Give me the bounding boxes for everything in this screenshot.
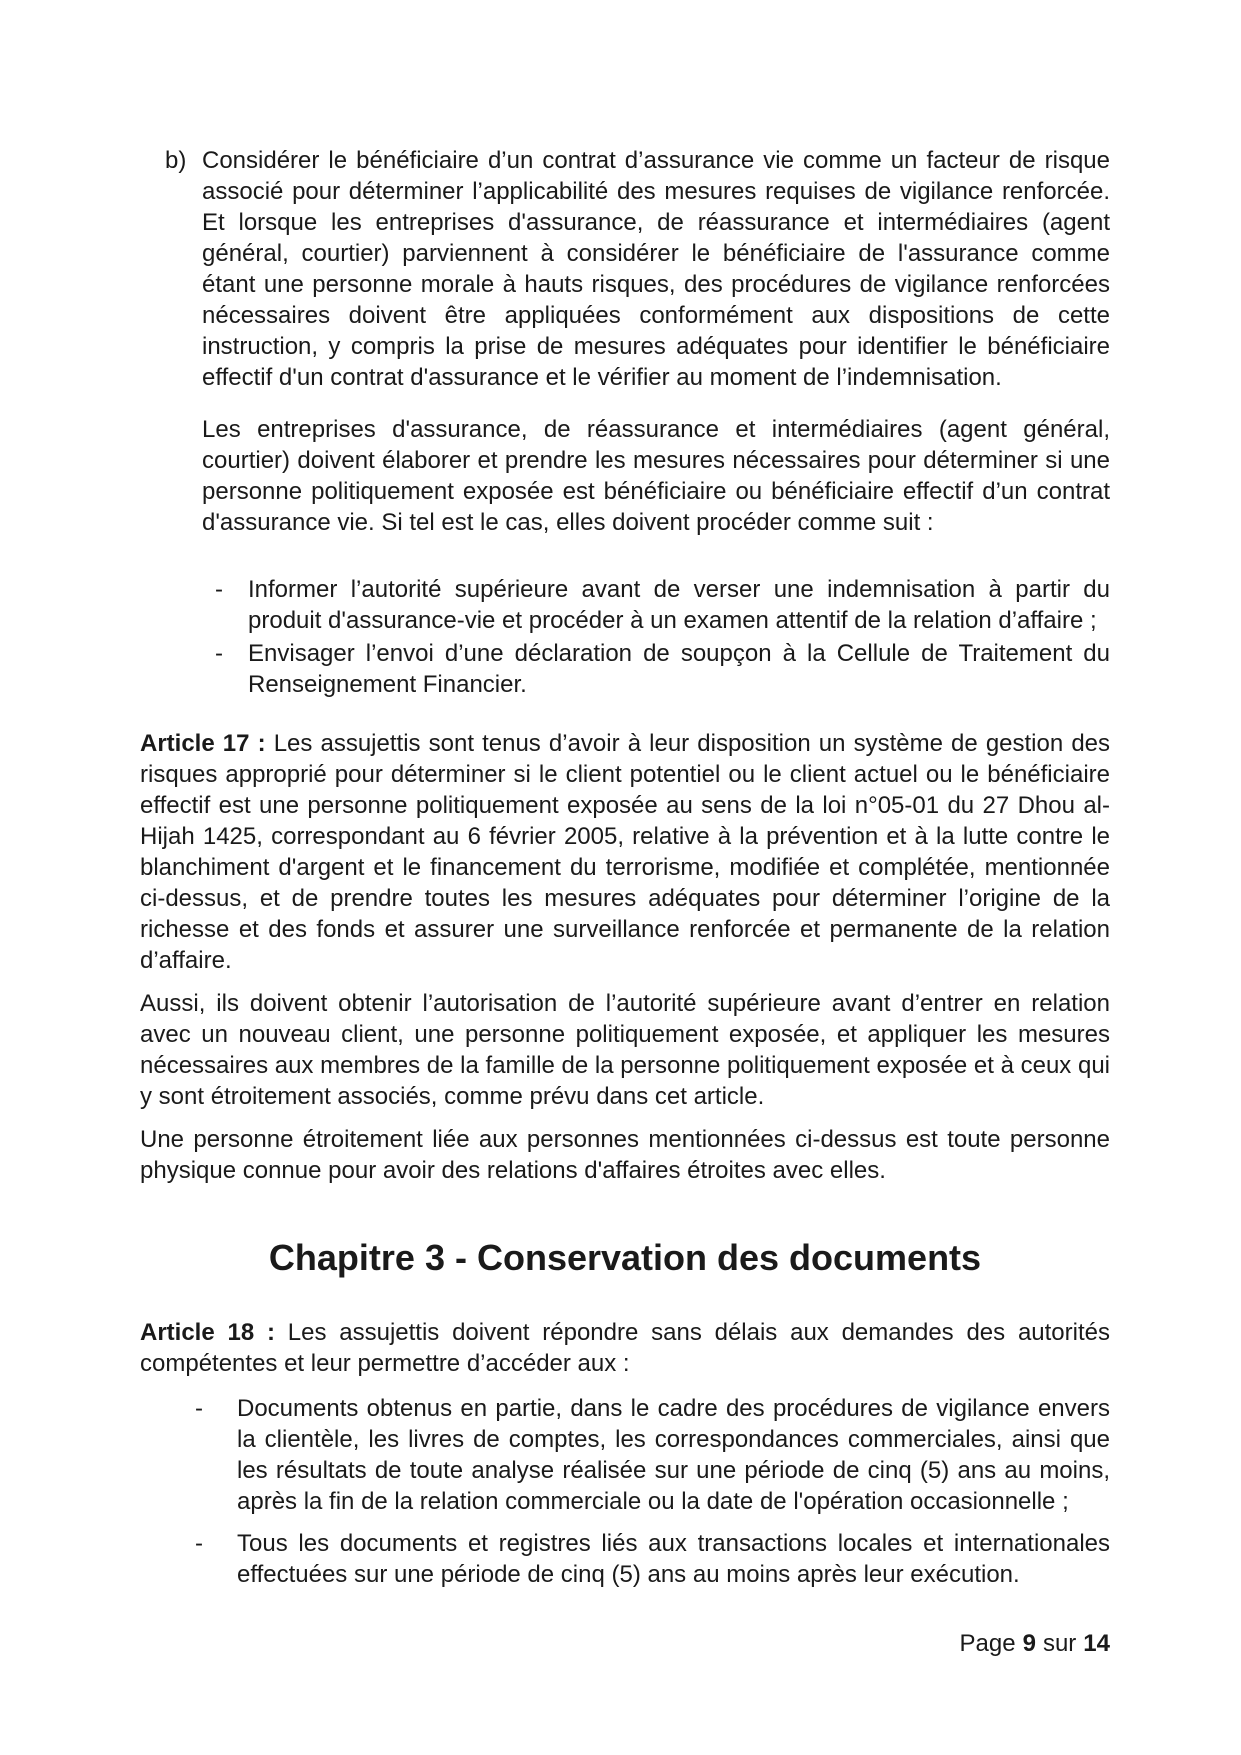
article-17-text: Les assujettis sont tenus d’avoir à leur… <box>140 730 1110 974</box>
list-item: - Tous les documents et registres liés a… <box>195 1528 1110 1590</box>
paragraph-close-person: Une personne étroitement liée aux person… <box>140 1124 1110 1186</box>
paragraph-authorization: Aussi, ils doivent obtenir l’autorisatio… <box>140 988 1110 1112</box>
bullet-documents-vigilance: Documents obtenus en partie, dans le cad… <box>237 1393 1110 1517</box>
footer-page-number: 9 <box>1023 1628 1036 1659</box>
article-17-label: Article 17 : <box>140 730 266 757</box>
footer-page-label: Page <box>960 1628 1016 1659</box>
dash-bullet: - <box>195 1393 237 1517</box>
article-18-text: Les assujettis doivent répondre sans dél… <box>140 1319 1110 1377</box>
list-marker-b: b) <box>165 145 202 393</box>
dash-bullet: - <box>195 1528 237 1590</box>
bullet-suspicion-report: Envisager l’envoi d’une déclaration de s… <box>248 638 1110 700</box>
bullet-inform-authority: Informer l’autorité supérieure avant de … <box>248 574 1110 636</box>
page-content: b) Considérer le bénéficiaire d’un contr… <box>140 145 1110 1601</box>
chapter-3-heading: Chapitre 3 - Conservation des documents <box>140 1242 1110 1273</box>
access-bullet-list: - Documents obtenus en partie, dans le c… <box>140 1393 1110 1590</box>
list-item-b: b) Considérer le bénéficiaire d’un contr… <box>165 145 1110 393</box>
footer-separator: sur <box>1043 1628 1076 1659</box>
paragraph-article-17: Article 17 : Les assujettis sont tenus d… <box>140 728 1110 976</box>
footer-total-pages: 14 <box>1083 1628 1110 1659</box>
paragraph-insurance-obligations: Les entreprises d'assurance, de réassura… <box>202 414 1110 538</box>
paragraph-beneficiary-risk: Considérer le bénéficiaire d’un contrat … <box>202 145 1110 393</box>
paragraph-article-18: Article 18 : Les assujettis doivent répo… <box>140 1317 1110 1379</box>
bullet-transaction-registers: Tous les documents et registres liés aux… <box>237 1528 1110 1590</box>
procedure-bullet-list: - Informer l’autorité supérieure avant d… <box>140 574 1110 700</box>
dash-bullet: - <box>215 574 248 636</box>
list-item: - Documents obtenus en partie, dans le c… <box>195 1393 1110 1517</box>
page-footer: Page 9 sur 14 <box>960 1628 1110 1659</box>
dash-bullet: - <box>215 638 248 700</box>
list-item: - Envisager l’envoi d’une déclaration de… <box>215 638 1110 700</box>
list-item: - Informer l’autorité supérieure avant d… <box>215 574 1110 636</box>
document-page: b) Considérer le bénéficiaire d’un contr… <box>0 0 1241 1755</box>
article-18-label: Article 18 : <box>140 1319 275 1346</box>
